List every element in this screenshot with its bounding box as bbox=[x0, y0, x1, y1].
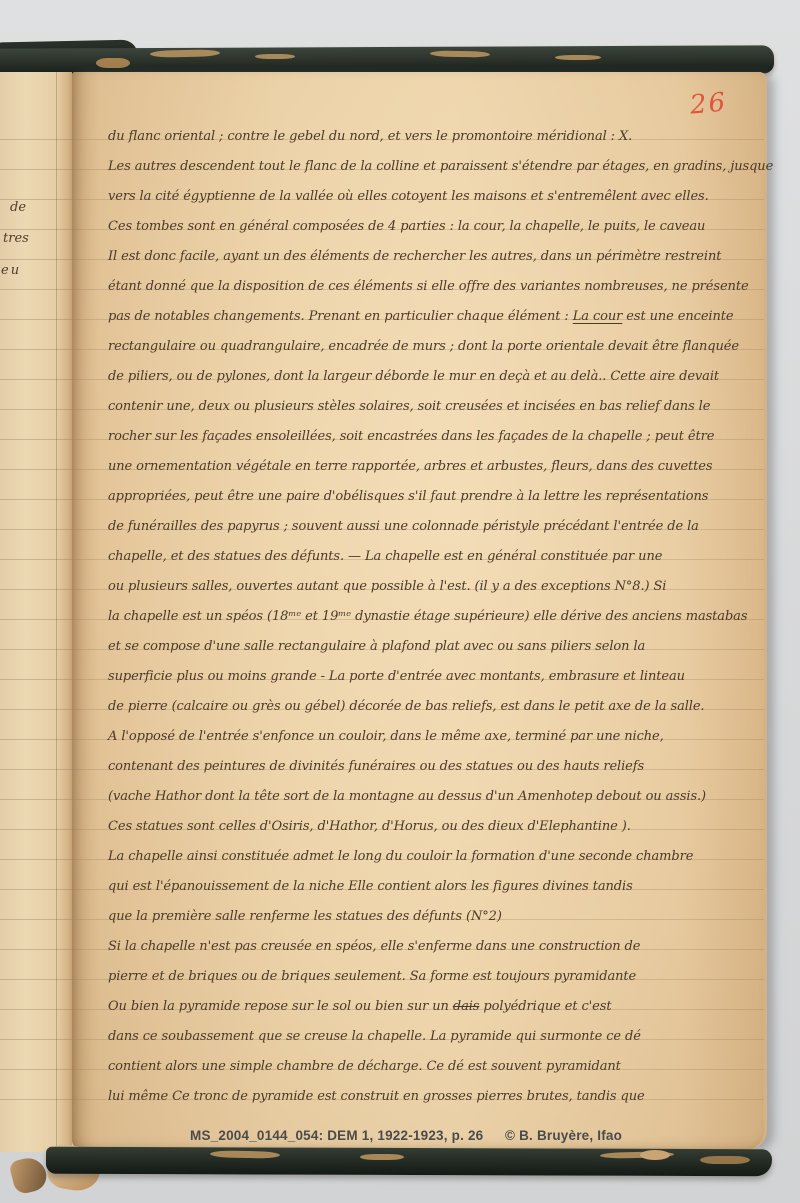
manuscript-segment: Les autres descendent tout le flanc de l… bbox=[108, 159, 773, 174]
manuscript-segment: pierre et de briques ou de briques seule… bbox=[108, 969, 636, 984]
manuscript-segment: polyédrique et c'est bbox=[479, 999, 611, 1014]
manuscript-segment: et se compose d'une salle rectangulaire … bbox=[108, 639, 645, 654]
cover-wear-patch bbox=[700, 1156, 750, 1164]
cover-wear-patch bbox=[555, 55, 601, 60]
manuscript-line: lui même Ce tronc de pyramide est constr… bbox=[108, 1082, 760, 1112]
manuscript-segment: de funérailles des papyrus ; souvent aus… bbox=[108, 519, 699, 534]
manuscript-segment: appropriées, peut être une paire d'obéli… bbox=[108, 489, 708, 504]
page-fragment-text: tres bbox=[3, 231, 29, 246]
manuscript-segment: une ornementation végétale en terre rapp… bbox=[108, 459, 712, 474]
manuscript-line: et se compose d'une salle rectangulaire … bbox=[108, 632, 760, 662]
manuscript-segment: pas de notables changements. Prenant en … bbox=[108, 309, 573, 324]
manuscript-segment: de pierre (calcaire ou grès ou gébel) dé… bbox=[108, 699, 704, 714]
manuscript-segment: La cour bbox=[573, 309, 623, 324]
manuscript-segment: chapelle, et des statues des défunts. — … bbox=[108, 549, 662, 564]
manuscript-line: La chapelle ainsi constituée admet le lo… bbox=[108, 842, 760, 872]
manuscript-segment: Ces tombes sont en général composées de … bbox=[108, 219, 705, 234]
notebook-page: 26 du flanc oriental ; contre le gebel d… bbox=[72, 72, 767, 1150]
manuscript-segment: la chapelle est un spéos (18ᵐᵉ et 19ᵐᵉ d… bbox=[108, 609, 747, 624]
manuscript-segment: A l'opposé de l'entrée s'enfonce un coul… bbox=[108, 729, 664, 744]
manuscript-segment: contient alors une simple chambre de déc… bbox=[108, 1059, 621, 1074]
manuscript-line: la chapelle est un spéos (18ᵐᵉ et 19ᵐᵉ d… bbox=[108, 602, 760, 632]
manuscript-segment: Ces statues sont celles d'Osiris, d'Hath… bbox=[108, 819, 631, 834]
manuscript-segment: que la première salle renferme les statu… bbox=[108, 909, 502, 924]
manuscript-line: contenant des peintures de divinités fun… bbox=[108, 752, 760, 782]
manuscript-segment: lui même Ce tronc de pyramide est constr… bbox=[108, 1089, 645, 1104]
manuscript-segment: La chapelle ainsi constituée admet le lo… bbox=[108, 849, 693, 864]
manuscript-line: de funérailles des papyrus ; souvent aus… bbox=[108, 512, 760, 542]
scanned-notebook-page: de tres eu 26 du flanc oriental ; contre… bbox=[0, 0, 800, 1203]
manuscript-line: Les autres descendent tout le flanc de l… bbox=[108, 152, 760, 182]
manuscript-line: superficie plus ou moins grande - La por… bbox=[108, 662, 760, 692]
page-fragment-text: eu bbox=[1, 263, 21, 278]
manuscript-segment: est une enceinte bbox=[622, 309, 733, 324]
manuscript-line: qui est l'épanouissement de la niche Ell… bbox=[108, 872, 760, 902]
manuscript-line: de pierre (calcaire ou grès ou gébel) dé… bbox=[108, 692, 760, 722]
manuscript-segment: de piliers, ou de pylones, dont la large… bbox=[108, 369, 719, 384]
previous-page-edge: de tres eu bbox=[0, 72, 72, 1152]
manuscript-segment: Si la chapelle n'est pas creusée en spéo… bbox=[108, 939, 640, 954]
manuscript-line: dans ce soubassement que se creuse la ch… bbox=[108, 1022, 760, 1052]
manuscript-line: Ou bien la pyramide repose sur le sol ou… bbox=[108, 992, 760, 1022]
manuscript-line: chapelle, et des statues des défunts. — … bbox=[108, 542, 760, 572]
manuscript-segment: contenant des peintures de divinités fun… bbox=[108, 759, 644, 774]
manuscript-segment: ou plusieurs salles, ouvertes autant que… bbox=[108, 579, 666, 594]
manuscript-segment: Il est donc facile, ayant un des élément… bbox=[108, 249, 721, 264]
torn-paper-fragment bbox=[8, 1154, 49, 1195]
manuscript-segment: rocher sur les façades ensoleillées, soi… bbox=[108, 429, 714, 444]
manuscript-line: ou plusieurs salles, ouvertes autant que… bbox=[108, 572, 760, 602]
caption-credit: © B. Bruyère, Ifao bbox=[505, 1128, 622, 1143]
torn-paper-fragment bbox=[640, 1150, 670, 1160]
manuscript-segment: dans ce soubassement que se creuse la ch… bbox=[108, 1029, 641, 1044]
cover-wear-patch bbox=[96, 58, 130, 68]
manuscript-line: du flanc oriental ; contre le gebel du n… bbox=[108, 122, 760, 152]
manuscript-segment: contenir une, deux ou plusieurs stèles s… bbox=[108, 399, 710, 414]
manuscript-line: étant donné que la disposition de ces él… bbox=[108, 272, 760, 302]
manuscript-line: Il est donc facile, ayant un des élément… bbox=[108, 242, 760, 272]
manuscript-line: contenir une, deux ou plusieurs stèles s… bbox=[108, 392, 760, 422]
manuscript-segment: du flanc oriental ; contre le gebel du n… bbox=[108, 129, 632, 144]
manuscript-segment: dais bbox=[453, 999, 480, 1014]
manuscript-line: de piliers, ou de pylones, dont la large… bbox=[108, 362, 760, 392]
manuscript-line: (vache Hathor dont la tête sort de la mo… bbox=[108, 782, 760, 812]
manuscript-segment: qui est l'épanouissement de la niche Ell… bbox=[108, 879, 633, 894]
cover-wear-patch bbox=[360, 1154, 404, 1160]
manuscript-line: A l'opposé de l'entrée s'enfonce un coul… bbox=[108, 722, 760, 752]
manuscript-line: Ces tombes sont en général composées de … bbox=[108, 212, 760, 242]
manuscript-segment: superficie plus ou moins grande - La por… bbox=[108, 669, 685, 684]
manuscript-segment: rectangulaire ou quadrangulaire, encadré… bbox=[108, 339, 739, 354]
page-fold-crease bbox=[56, 72, 57, 1152]
page-number: 26 bbox=[689, 85, 751, 120]
manuscript-line: appropriées, peut être une paire d'obéli… bbox=[108, 482, 760, 512]
manuscript-line: Si la chapelle n'est pas creusée en spéo… bbox=[108, 932, 760, 962]
manuscript-line: pas de notables changements. Prenant en … bbox=[108, 302, 760, 332]
manuscript-segment: vers la cité égyptienne de la vallée où … bbox=[108, 189, 709, 204]
manuscript-line: une ornementation végétale en terre rapp… bbox=[108, 452, 760, 482]
manuscript-line: vers la cité égyptienne de la vallée où … bbox=[108, 182, 760, 212]
manuscript-text: du flanc oriental ; contre le gebel du n… bbox=[108, 122, 760, 1112]
caption-id: MS_2004_0144_054: DEM 1, 1922-1923, p. 2… bbox=[190, 1128, 483, 1143]
ruled-lines bbox=[0, 130, 72, 1120]
manuscript-line: Ces statues sont celles d'Osiris, d'Hath… bbox=[108, 812, 760, 842]
manuscript-line: rocher sur les façades ensoleillées, soi… bbox=[108, 422, 760, 452]
cover-wear-patch bbox=[255, 54, 295, 59]
manuscript-segment: (vache Hathor dont la tête sort de la mo… bbox=[108, 789, 706, 804]
archive-caption: MS_2004_0144_054: DEM 1, 1922-1923, p. 2… bbox=[190, 1128, 750, 1148]
manuscript-line: pierre et de briques ou de briques seule… bbox=[108, 962, 760, 992]
manuscript-line: contient alors une simple chambre de déc… bbox=[108, 1052, 760, 1082]
manuscript-segment: Ou bien la pyramide repose sur le sol ou… bbox=[108, 999, 453, 1014]
manuscript-line: que la première salle renferme les statu… bbox=[108, 902, 760, 932]
page-fragment-text: de bbox=[10, 200, 26, 215]
manuscript-segment: étant donné que la disposition de ces él… bbox=[108, 279, 749, 294]
manuscript-line: rectangulaire ou quadrangulaire, encadré… bbox=[108, 332, 760, 362]
